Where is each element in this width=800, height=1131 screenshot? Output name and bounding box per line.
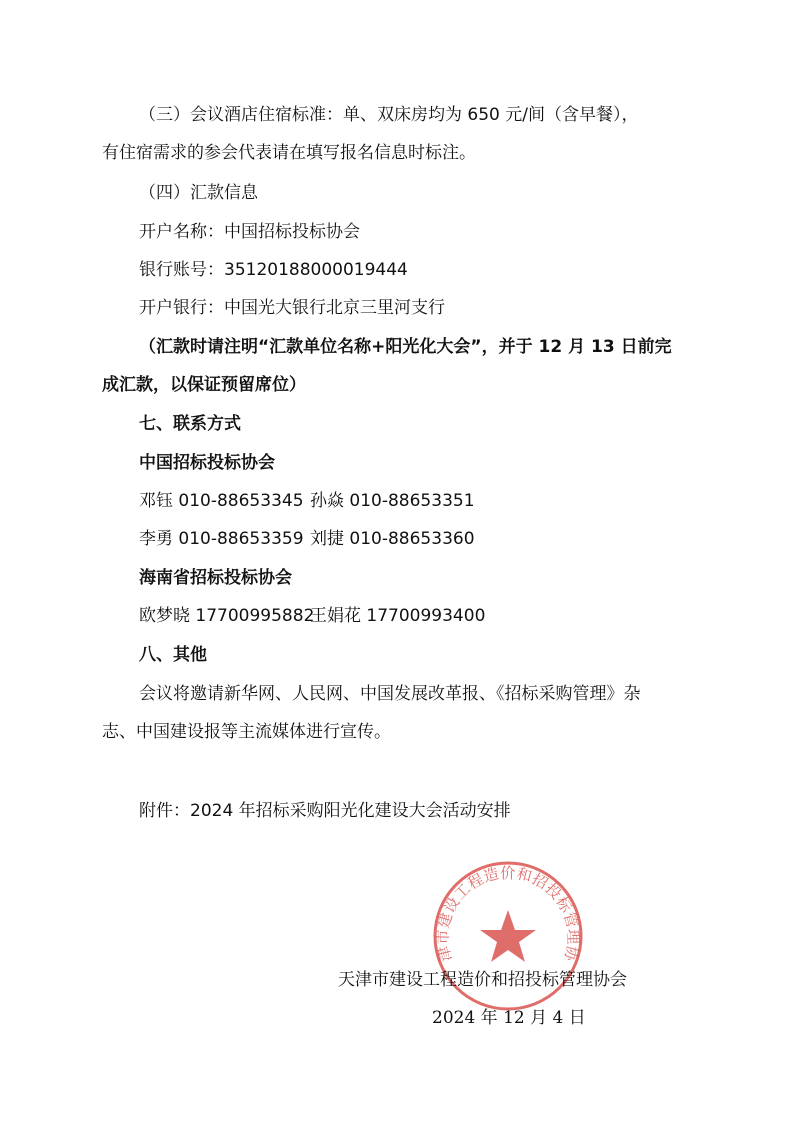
remittance-note-line-2: 成汇款，以保证预留席位）	[102, 374, 306, 396]
contacts-heading: 七、联系方式	[139, 413, 241, 435]
other-line-2: 志、中国建设报等主流媒体进行宣传。	[102, 721, 391, 743]
remittance-note-line-1: （汇款时请注明“汇款单位名称+阳光化大会”，并于 12 月 13 日前完	[139, 336, 672, 358]
remittance-heading: （四）汇款信息	[139, 182, 258, 204]
other-heading: 八、其他	[139, 644, 207, 666]
account-name: 开户名称：中国招标投标协会	[139, 221, 360, 243]
account-number: 银行账号：35120188000019444	[139, 259, 408, 281]
bank-name: 开户银行：中国光大银行北京三里河支行	[139, 297, 445, 319]
contact-entry: 刘捷 010-88653360	[310, 528, 475, 550]
attachment-line: 附件：2024 年招标采购阳光化建设大会活动安排	[139, 800, 511, 822]
other-line-1: 会议将邀请新华网、人民网、中国发展改革报、《招标采购管理》杂	[139, 683, 641, 705]
star-icon	[480, 910, 536, 962]
contact-entry: 邓钰 010-88653345	[139, 490, 304, 512]
document-page: （三）会议酒店住宿标准：单、双床房均为 650 元/间（含早餐）， 有住宿需求的…	[0, 0, 800, 1131]
contact-org-2: 海南省招标投标协会	[139, 567, 292, 589]
hotel-standard-line-2: 有住宿需求的参会代表请在填写报名信息时标注。	[102, 142, 476, 164]
contact-entry: 欧梦晓 17700995882	[139, 605, 314, 627]
contact-entry: 王娟花 17700993400	[310, 605, 485, 627]
signature-date: 2024 年 12 月 4 日	[432, 1007, 586, 1029]
hotel-standard-line-1: （三）会议酒店住宿标准：单、双床房均为 650 元/间（含早餐），	[139, 104, 638, 126]
contact-org-1: 中国招标投标协会	[139, 452, 275, 474]
contact-entry: 李勇 010-88653359	[139, 528, 304, 550]
signature-organization: 天津市建设工程造价和招投标管理协会	[338, 969, 627, 991]
contact-entry: 孙焱 010-88653351	[310, 490, 475, 512]
